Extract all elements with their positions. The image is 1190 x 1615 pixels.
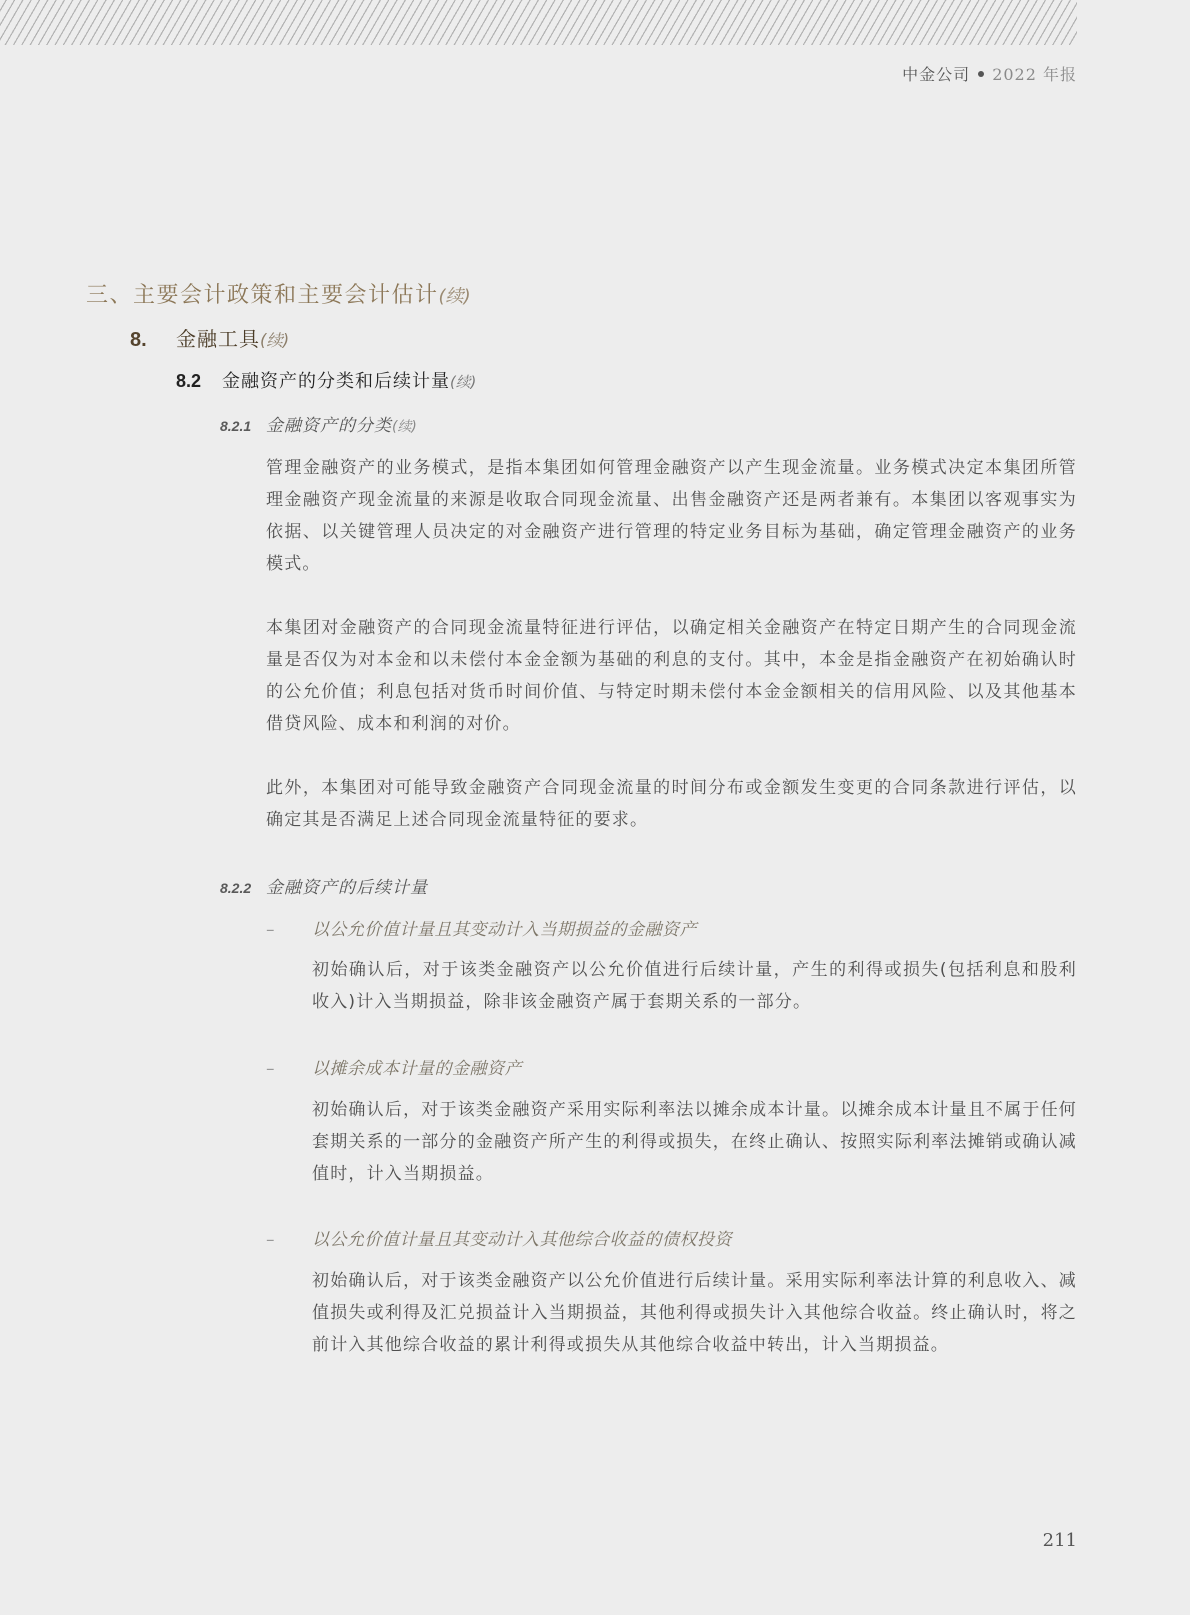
paragraph-business-model: 管理金融资产的业务模式，是指本集团如何管理金融资产以产生现金流量。业务模式决定本… (266, 452, 1077, 580)
list-item-heading-fvtpl: –以公允价值计量且其变动计入当期损益的金融资产 (266, 915, 697, 940)
running-header: 中金公司2022 年报 (902, 62, 1077, 85)
list-item-heading-amortised-cost: –以摊余成本计量的金融资产 (266, 1054, 522, 1079)
subsubsection-title: 金融资产的分类和后续计量 (222, 371, 450, 392)
continued-label: (续) (260, 331, 289, 350)
bullet-dot-icon (978, 71, 984, 77)
continued-label: (续) (439, 286, 471, 307)
subsection-number: 8. (130, 329, 176, 352)
continued-label: (续) (450, 374, 476, 391)
dash-bullet-icon: – (266, 1059, 312, 1079)
list-item-body-fvtpl: 初始确认后，对于该类金融资产以公允价值进行后续计量，产生的利得或损失(包括利息和… (312, 954, 1077, 1018)
paragraph-contract-terms: 此外，本集团对可能导致金融资产合同现金流量的时间分布或金额发生变更的合同条款进行… (266, 772, 1077, 836)
list-item-heading-fvoci-debt: –以公允价值计量且其变动计入其他综合收益的债权投资 (266, 1225, 732, 1250)
list-item-title: 以摊余成本计量的金融资产 (312, 1059, 522, 1079)
company-name: 中金公司 (902, 65, 970, 84)
part-number: 8.2.1 (220, 418, 266, 434)
dash-bullet-icon: – (266, 920, 312, 940)
page-number: 211 (1043, 1530, 1077, 1551)
subsection-title: 金融工具 (176, 327, 260, 351)
decorative-hatched-band (0, 0, 1077, 45)
part-heading-8-2-2: 8.2.2金融资产的后续计量 (220, 873, 428, 898)
list-item-body-fvoci-debt: 初始确认后，对于该类金融资产以公允价值进行后续计量。采用实际利率法计算的利息收入… (312, 1265, 1077, 1361)
subsection-heading: 8.金融工具(续) (130, 323, 289, 352)
subsubsection-heading: 8.2金融资产的分类和后续计量(续) (176, 367, 476, 393)
part-title: 金融资产的分类 (266, 416, 392, 436)
dash-bullet-icon: – (266, 1230, 312, 1250)
list-item-title: 以公允价值计量且其变动计入其他综合收益的债权投资 (312, 1230, 732, 1250)
part-heading-8-2-1: 8.2.1金融资产的分类(续) (220, 411, 417, 436)
paragraph-cash-flow-characteristics: 本集团对金融资产的合同现金流量特征进行评估，以确定相关金融资产在特定日期产生的合… (266, 612, 1077, 740)
section-title: 三、主要会计政策和主要会计估计 (86, 283, 439, 308)
part-number: 8.2.2 (220, 880, 266, 896)
part-title: 金融资产的后续计量 (266, 878, 428, 898)
list-item-body-amortised-cost: 初始确认后，对于该类金融资产采用实际利率法以摊余成本计量。以摊余成本计量且不属于… (312, 1094, 1077, 1190)
subsubsection-number: 8.2 (176, 371, 222, 392)
section-heading: 三、主要会计政策和主要会计估计(续) (86, 278, 471, 309)
report-title: 2022 年报 (992, 65, 1077, 84)
continued-label: (续) (392, 419, 417, 435)
list-item-title: 以公允价值计量且其变动计入当期损益的金融资产 (312, 920, 697, 940)
